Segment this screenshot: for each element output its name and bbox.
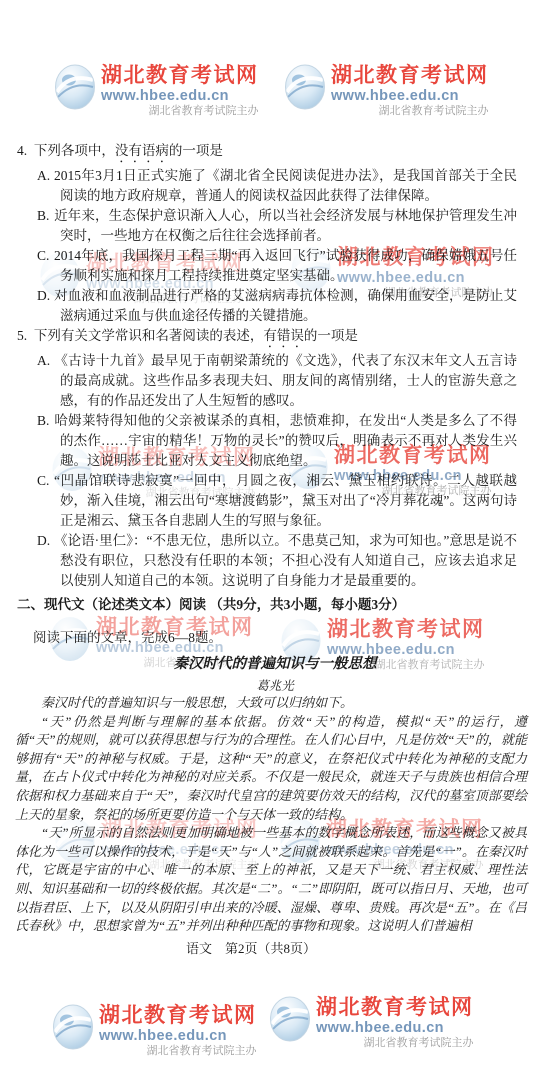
essay-author: 葛兆光 — [0, 676, 550, 694]
logo-title: 湖北教育考试网 — [331, 64, 489, 88]
option-label: D. — [37, 531, 54, 551]
logo-subtitle: 湖北省教育考试院主办 — [101, 105, 259, 117]
option-label: C. — [37, 246, 54, 266]
reading-instruction: 阅读下面的文章，完成6—8题。 — [33, 626, 222, 646]
logo-subtitle: 湖北省教育考试院主办 — [331, 105, 489, 117]
essay-paragraph: 秦汉时代的普遍知识与一般思想，大致可以归纳如下。 — [15, 694, 527, 713]
question-stem: 4. 下列各项中，没有语病的一项是 — [17, 141, 517, 166]
option-c: C.“凹晶馆联诗悲寂寞”一回中，月圆之夜，湘云、黛玉相约联诗。二人越联越妙，渐入… — [17, 471, 517, 531]
question-stem: 5. 下列有关文学常识和名著阅读的表述，有错误的一项是 — [17, 326, 517, 351]
emphasized-phrase: 没有语病 — [115, 143, 169, 158]
option-label: C. — [37, 471, 54, 491]
option-d: D.对血液和血液制品进行严格的艾滋病病毒抗体检测，确保用血安全，是防止艾滋病通过… — [17, 286, 517, 326]
option-c: C.2014年底，我国探月工程三期“再入返回飞行”试验获得成功，确保嫦娥五号任务… — [17, 246, 517, 286]
question-number: 5. — [17, 328, 27, 343]
option-label: A. — [37, 166, 54, 186]
option-label: B. — [37, 206, 54, 226]
option-b: B.哈姆莱特得知他的父亲被谋杀的真相，悲愤难抑，在发出“人类是多么了不得的杰作…… — [17, 411, 517, 471]
option-d: D.《论语·里仁》：“不患无位，患所以立。不患莫己知，求为可知也。”意思是说不愁… — [17, 531, 517, 591]
essay-title: 秦汉时代的普遍知识与一般思想 — [0, 652, 550, 673]
logo-url: www.hbee.edu.cn — [331, 88, 489, 104]
logo-bottom-left: 湖北教育考试网 www.hbee.edu.cn 湖北省教育考试院主办 — [53, 1004, 257, 1057]
globe-icon — [285, 64, 325, 110]
option-b: B.近年来，生态保护意识渐入人心，所以当社会经济发展与林地保护管理发生冲突时，一… — [17, 206, 517, 246]
option-a: A.《古诗十九首》最早见于南朝梁萧统的《文选》，代表了东汉末年文人五言诗的最高成… — [17, 351, 517, 411]
logo-bottom-right: 湖北教育考试网 www.hbee.edu.cn 湖北省教育考试院主办 — [270, 996, 474, 1049]
logo-top-left: 湖北教育考试网 www.hbee.edu.cn 湖北省教育考试院主办 — [55, 64, 259, 117]
emphasized-phrase: 有错误 — [263, 328, 304, 343]
globe-icon — [270, 996, 310, 1042]
logo-title: 湖北教育考试网 — [101, 64, 259, 88]
option-label: B. — [37, 411, 54, 431]
option-label: A. — [37, 351, 54, 371]
logo-top-right: 湖北教育考试网 www.hbee.edu.cn 湖北省教育考试院主办 — [285, 64, 489, 117]
option-a: A.2015年3月1日正式实施了《湖北省全民阅读促进办法》，是我国首部关于全民阅… — [17, 166, 517, 206]
section-heading: 二、现代文（论述类文本）阅读 （共9分，共3小题，每小题3分） — [17, 593, 522, 613]
logo-url: www.hbee.edu.cn — [101, 88, 259, 104]
essay-paragraph: “天”所显示的自然法则更加明确地被一些基本的数字概念所表述，而这些概念又被具体化… — [15, 824, 527, 936]
question-4: 4. 下列各项中，没有语病的一项是 A.2015年3月1日正式实施了《湖北省全民… — [17, 141, 517, 326]
question-number: 4. — [17, 143, 27, 158]
globe-icon — [55, 64, 95, 110]
option-label: D. — [37, 286, 54, 306]
globe-icon — [53, 1004, 93, 1050]
essay-paragraph: “天”仍然是判断与理解的基本依据。仿效“天”的构造，模拟“天”的运行，遵循“天”… — [15, 713, 527, 825]
question-5: 5. 下列有关文学常识和名著阅读的表述，有错误的一项是 A.《古诗十九首》最早见… — [17, 326, 517, 591]
page-footer: 语文 第2页（共8页） — [0, 938, 502, 957]
question-list: 4. 下列各项中，没有语病的一项是 A.2015年3月1日正式实施了《湖北省全民… — [17, 141, 517, 591]
exam-page: 湖北教育考试网 www.hbee.edu.cn 湖北省教育考试院主办 湖北教育考… — [0, 0, 550, 1072]
essay-body: 秦汉时代的普遍知识与一般思想，大致可以归纳如下。 “天”仍然是判断与理解的基本依… — [15, 694, 527, 936]
